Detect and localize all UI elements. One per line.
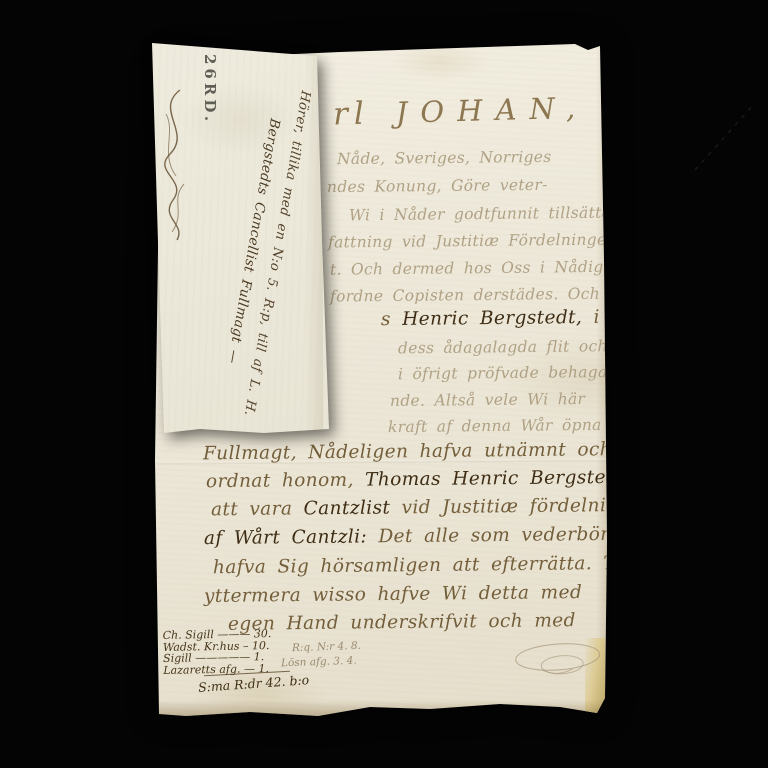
vertical-scribble — [146, 84, 204, 249]
photo-stage: rlJOHAN, Nåde, Sveriges, Norriges ndes K… — [0, 0, 768, 768]
envelope-layer: 26RD. Hörer, tillika med en N:o 5. R:p, … — [0, 0, 768, 768]
envelope: 26RD. Hörer, tillika med en N:o 5. R:p, … — [0, 0, 768, 768]
